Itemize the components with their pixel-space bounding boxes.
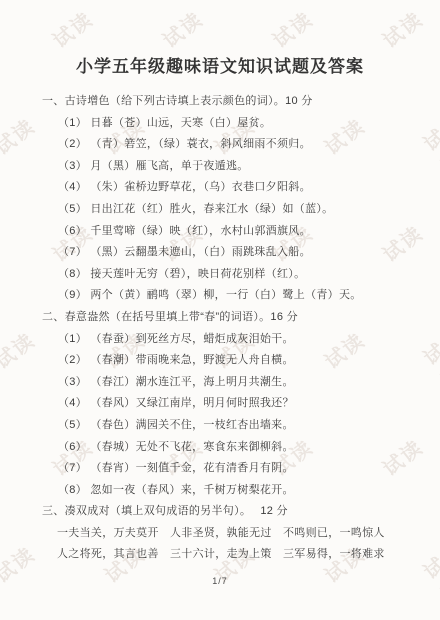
question-line: （8） 忽如一夜（春风）来，千树万树梨花开。: [0, 480, 440, 502]
question-line: （7） （黑）云翻墨未遮山，（白）雨跳珠乱入船。: [0, 242, 440, 264]
question-line: （2） （春潮）带雨晚来急，野渡无人舟自横。: [0, 350, 440, 372]
question-line: （9） 两个（黄）鹂鸣（翠）柳，一行（白）鹭上（青）天。: [0, 285, 440, 307]
watermark-text: 试读: [46, 4, 99, 54]
section-3-heading: 三、凑双成对（填上双句成语的另半句）。 12 分: [0, 501, 440, 523]
question-line: （1） 日暮（苍）山远，天寒（白）屋贫。: [0, 113, 440, 135]
document-page: 试读试读试读试读试读试读试读试读试读试读试读试读试读试读试读试读试读试读试读试读…: [0, 0, 440, 620]
question-line: （3） （春江）潮水连江平，海上明月共潮生。: [0, 372, 440, 394]
question-line: （7） （春宵）一刻值千金，花有清香月有阴。: [0, 458, 440, 480]
question-line: （6） 千里莺啼（绿）映（红），水村山郭酒旗风。: [0, 221, 440, 243]
section-2-heading: 二、春意盎然（在括号里填上带“春”的词语）。16 分: [0, 307, 440, 329]
watermark-text: 试读: [266, 4, 319, 54]
question-line: （4） （春风）又绿江南岸，明月何时照我还？: [0, 393, 440, 415]
watermark-text: 试读: [376, 4, 429, 54]
page-number: 1/7: [0, 576, 440, 586]
question-line: （2） （青）箬笠，（绿）蓑衣，斜风细雨不须归。: [0, 134, 440, 156]
section-1-heading: 一、古诗增色（给下列古诗填上表示颜色的词）。10 分: [0, 91, 440, 113]
idiom-pair-line: 一夫当关，万夫莫开 人非圣贤，孰能无过 不鸣则已，一鸣惊人: [0, 523, 440, 545]
document-title: 小学五年级趣味语文知识试题及答案: [0, 52, 440, 77]
question-line: （4） （朱）雀桥边野草花，（乌）衣巷口夕阳斜。: [0, 177, 440, 199]
question-line: （8） 接天莲叶无穷（碧），映日荷花别样（红）。: [0, 264, 440, 286]
document-body: 一、古诗增色（给下列古诗填上表示颜色的词）。10 分 （1） 日暮（苍）山远，天…: [0, 91, 440, 566]
watermark-text: 试读: [156, 4, 209, 54]
question-line: （6） （春城）无处不飞花，寒食东来御柳斜。: [0, 437, 440, 459]
question-line: （5） （春色）满园关不住，一枝红杏出墙来。: [0, 415, 440, 437]
question-line: （5） 日出江花（红）胜火，春来江水（绿）如（蓝）。: [0, 199, 440, 221]
idiom-pair-line: 人之将死，其言也善 三十六计，走为上策 三军易得，一将难求: [0, 544, 440, 566]
question-line: （3） 月（黑）雁飞高，单于夜遁逃。: [0, 156, 440, 178]
question-line: （1） （春蚕）到死丝方尽，蜡炬成灰泪始干。: [0, 329, 440, 351]
